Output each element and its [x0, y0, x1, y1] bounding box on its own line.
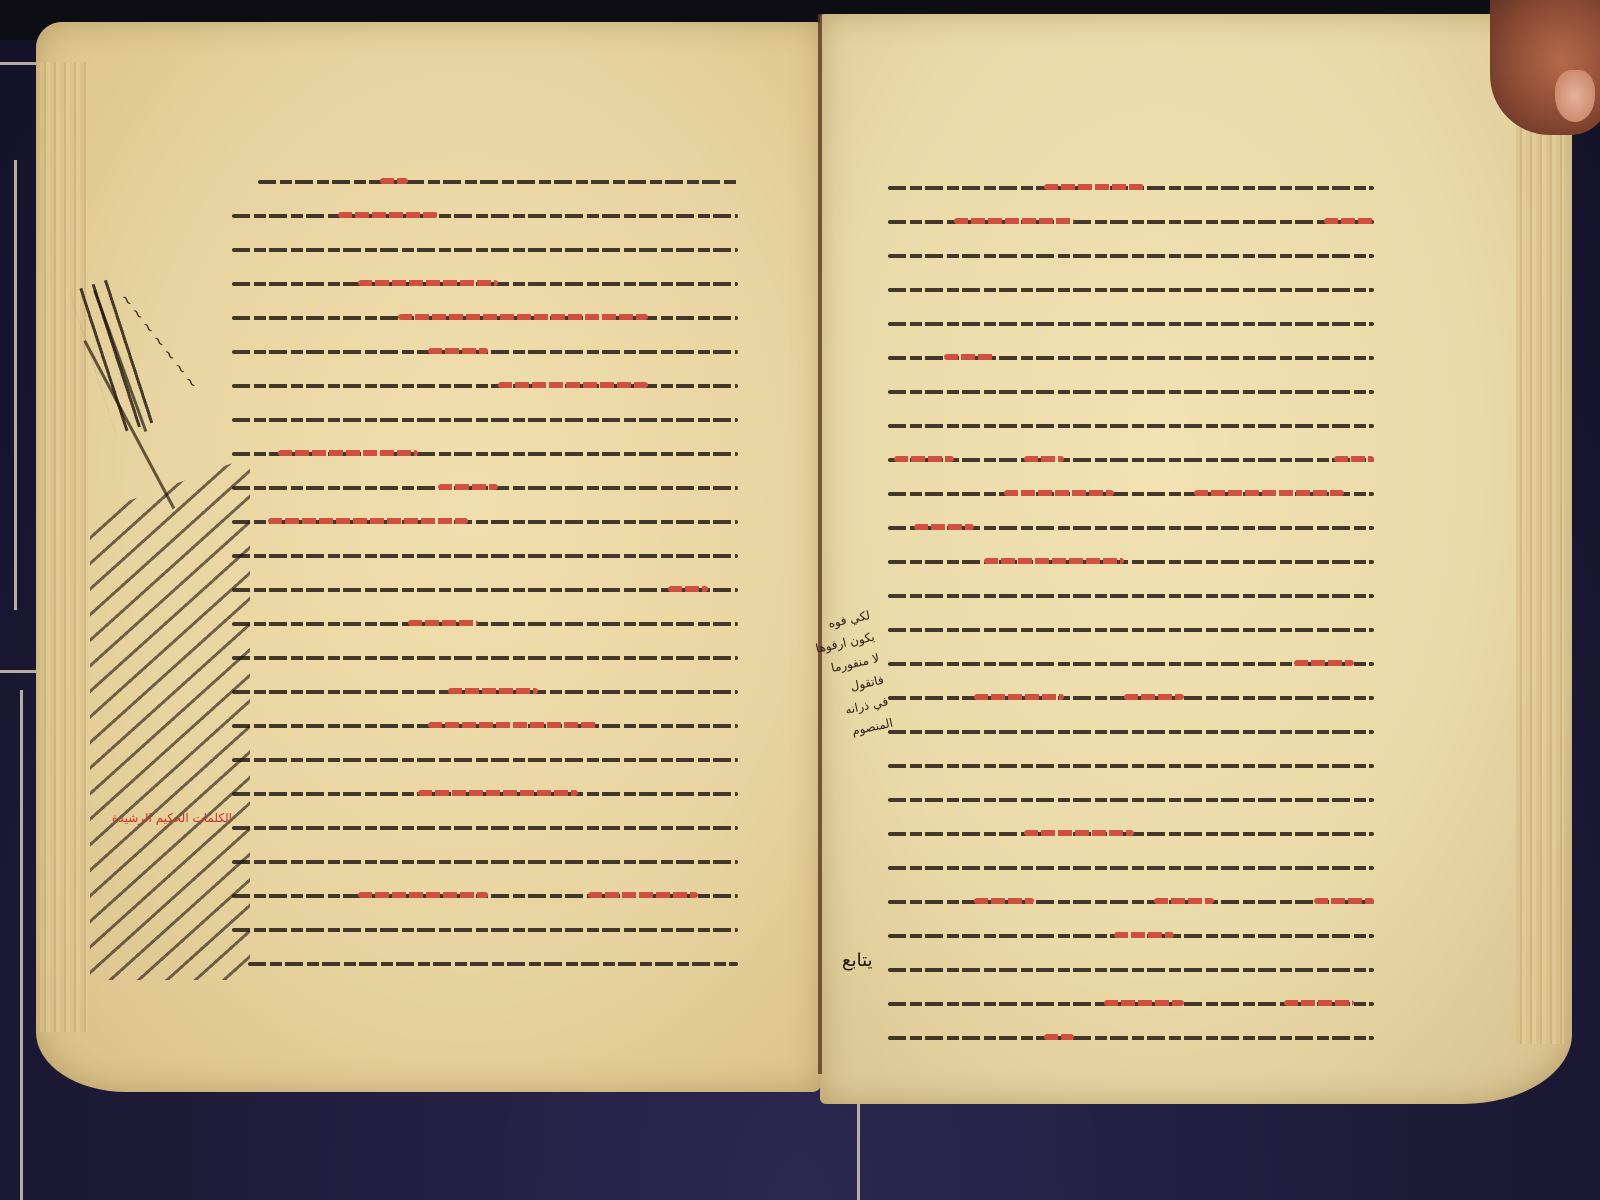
- text-line: [888, 662, 1374, 666]
- text-line: [888, 730, 1374, 734]
- right-main-text: يهرعون اليه كانهم يدفعون دفعاً لطلب الفا…: [888, 186, 1374, 1070]
- calibration-line: [14, 160, 17, 610]
- text-line: [232, 724, 738, 728]
- text-line: يهرعون اليه كانهم يدفعون دفعاً لطلب الفا…: [888, 186, 1374, 190]
- text-line: [232, 520, 738, 524]
- calibration-line: [20, 690, 23, 1200]
- text-line: [888, 526, 1374, 530]
- page-edges: [1516, 54, 1564, 1044]
- calibration-line: [0, 62, 40, 65]
- text-line: [888, 322, 1374, 326]
- text-line: [248, 962, 738, 966]
- text-line: [888, 832, 1374, 836]
- text-line: [888, 356, 1374, 360]
- margin-note-block: [90, 400, 250, 980]
- margin-red-note: الكلمات الحكيم الرشيدة: [112, 808, 232, 828]
- text-line: يتابع بعضهم بعضاً كقطار الجماد ونضد بعضه…: [258, 180, 738, 184]
- text-line: [232, 588, 738, 592]
- text-line: [232, 452, 738, 456]
- text-line: [232, 860, 738, 864]
- left-main-text: يتابع بعضهم بعضاً كقطار الجماد ونضد بعضه…: [232, 180, 738, 996]
- text-line: [888, 424, 1374, 428]
- text-line: [232, 214, 738, 218]
- calibration-line: [0, 670, 36, 673]
- text-line: [888, 288, 1374, 292]
- text-line: [888, 560, 1374, 564]
- text-line: [232, 248, 738, 252]
- text-line: [888, 254, 1374, 258]
- text-line: [232, 826, 738, 830]
- text-line: [232, 282, 738, 286]
- text-line: [232, 418, 738, 422]
- text-line: [232, 758, 738, 762]
- text-line: [232, 622, 738, 626]
- text-line: [888, 866, 1374, 870]
- text-line: [888, 390, 1374, 394]
- page-edges: [40, 62, 88, 1032]
- text-line: [888, 628, 1374, 632]
- text-line: [888, 220, 1374, 224]
- text-line: [888, 696, 1374, 700]
- text-line: [232, 384, 738, 388]
- text-line: [888, 968, 1374, 972]
- text-line: [888, 458, 1374, 462]
- text-line: [232, 690, 738, 694]
- text-line: [888, 764, 1374, 768]
- text-line: [232, 656, 738, 660]
- text-line: [888, 798, 1374, 802]
- text-line: [888, 934, 1374, 938]
- text-line: [888, 1036, 1374, 1040]
- gutter: [818, 14, 822, 1074]
- catchword: يتابع: [842, 950, 873, 971]
- text-line: [232, 894, 738, 898]
- text-line: [888, 492, 1374, 496]
- text-line: [232, 316, 738, 320]
- text-line: [888, 900, 1374, 904]
- text-line: [232, 554, 738, 558]
- text-line: [232, 350, 738, 354]
- text-line: [232, 928, 738, 932]
- text-line: [232, 486, 738, 490]
- thumbnail: [1555, 70, 1595, 122]
- text-line: [888, 1002, 1374, 1006]
- text-line: [888, 594, 1374, 598]
- text-line: [232, 792, 738, 796]
